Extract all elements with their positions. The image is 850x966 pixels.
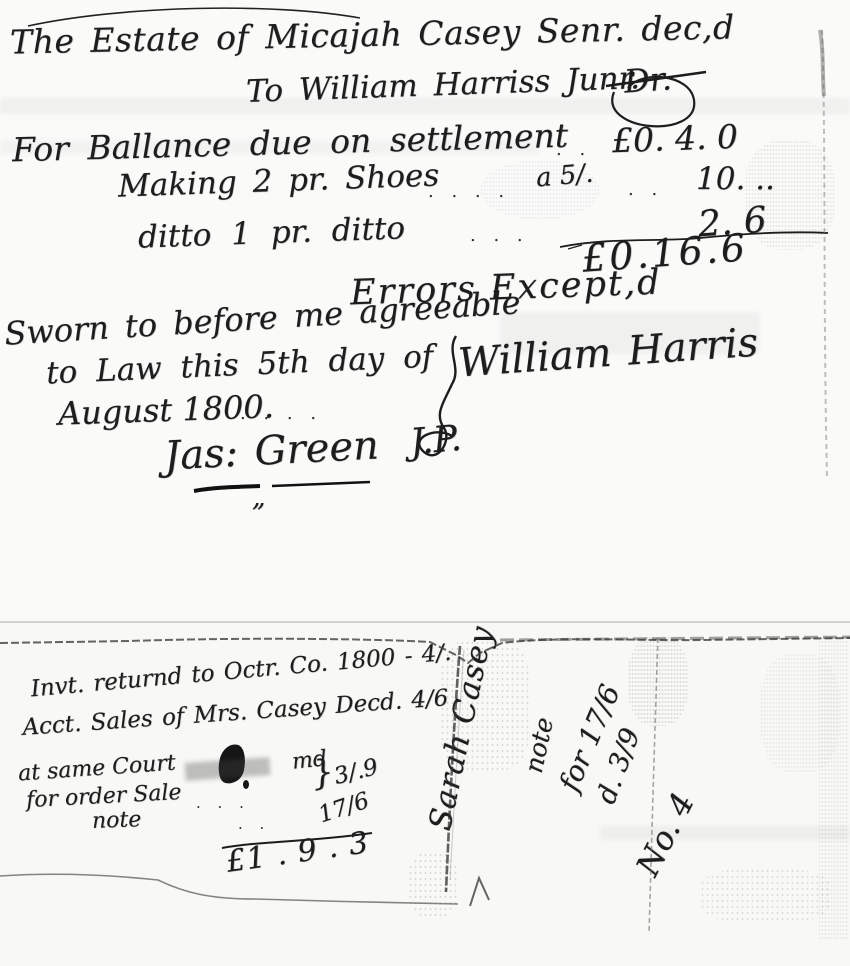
leader-dots: . . . . bbox=[428, 182, 510, 203]
dr-abbreviation: Dr. bbox=[623, 60, 673, 100]
paper-speckle bbox=[408, 852, 458, 917]
docket-total: £1 . 9 . 3 bbox=[224, 826, 371, 880]
leader-dots: . . bbox=[556, 140, 591, 161]
sworn-line-2: to Law this 5th day of bbox=[45, 340, 434, 393]
paper-speckle bbox=[628, 636, 688, 726]
sworn-line-1: Sworn to before me agreeable bbox=[3, 284, 521, 352]
jp-signature: Jas: Green bbox=[163, 422, 380, 479]
item-amount-1: £0. 4. 0 bbox=[611, 118, 738, 160]
jp-title: J.P. bbox=[408, 418, 463, 464]
leader-dots: . . bbox=[238, 816, 270, 833]
item-rate-2: a 5/. bbox=[535, 160, 595, 195]
ditto-mark: „ bbox=[252, 484, 265, 514]
item-desc-1: For Ballance due on settlement bbox=[12, 117, 569, 169]
docket-line-5: note bbox=[92, 807, 142, 834]
leader-dots: . . . bbox=[196, 795, 250, 812]
leader-dots: . . . bbox=[470, 226, 529, 247]
item-amount-2: 10. .. bbox=[696, 162, 775, 198]
top-page: The Estate of Micajah Casey Senr. dec,d … bbox=[0, 0, 850, 622]
grouping-brace: } bbox=[309, 753, 336, 795]
bottom-page: Invt. returnd to Octr. Co. 1800 - 4/. Ac… bbox=[0, 623, 850, 966]
item-desc-2: Making 2 pr. Shoes bbox=[117, 158, 439, 205]
item-desc-3: ditto 1 pr. ditto bbox=[137, 211, 405, 256]
smudged-word bbox=[184, 757, 270, 781]
paper-speckle bbox=[700, 868, 830, 923]
manuscript-scan: The Estate of Micajah Casey Senr. dec,d … bbox=[0, 0, 850, 966]
smudge-band bbox=[600, 826, 850, 840]
paper-speckle bbox=[760, 653, 840, 773]
leader-dots: . . bbox=[628, 180, 663, 201]
note-amount: 17/6 bbox=[315, 788, 372, 829]
ink-blot bbox=[243, 780, 249, 789]
leader-dots: . . . . bbox=[240, 404, 322, 425]
brace-amount: 3/.9 bbox=[331, 754, 380, 790]
heading-line: The Estate of Micajah Casey Senr. dec,d bbox=[10, 8, 735, 61]
